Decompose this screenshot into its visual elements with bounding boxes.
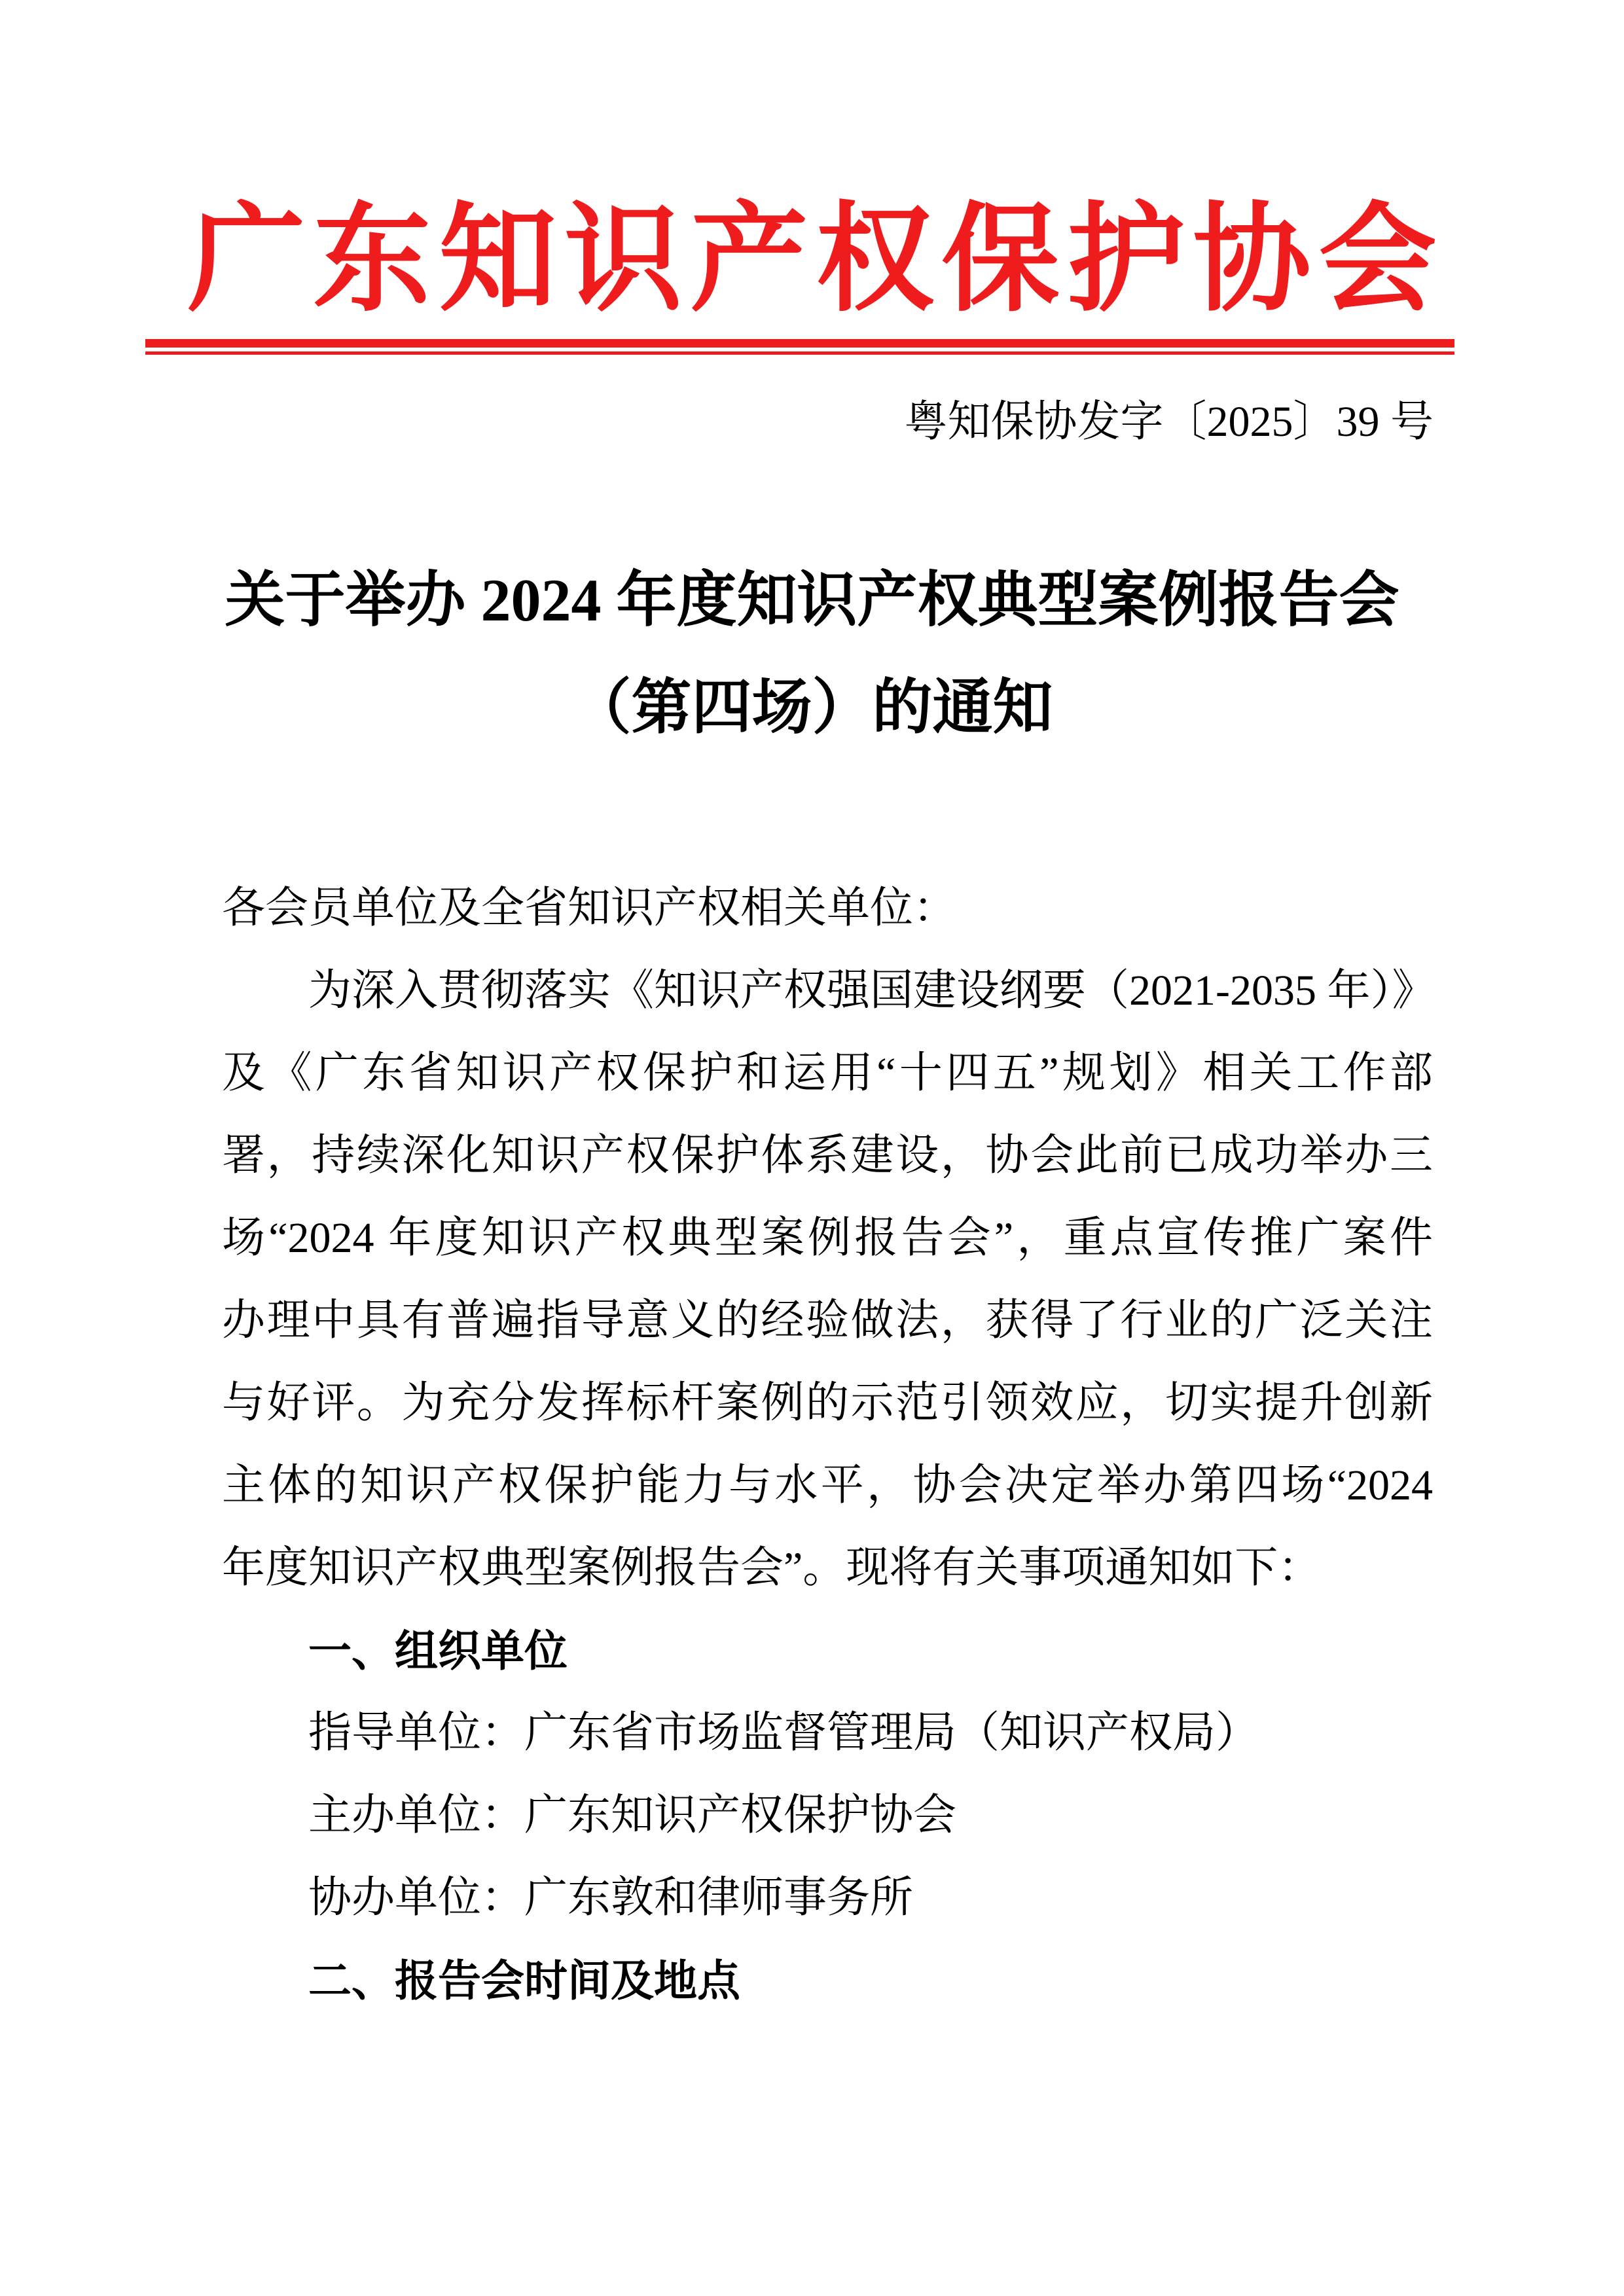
org-item-co-organizer-unit: 协办单位：广东敦和律师事务所	[222, 1857, 1433, 1939]
doc-reference-number: 粤知保协发字〔2025〕39 号	[905, 393, 1434, 452]
paragraph-line: 为深入贯彻落实《知识产权强国建设纲要（2021-2035 年）》	[222, 950, 1433, 1032]
document-page: 广东知识产权保护协会 粤知保协发字〔2025〕39 号 关于举办 2024 年度…	[0, 0, 1624, 2296]
paragraph-line: 主体的知识产权保护能力与水平，协会决定举办第四场“2024	[222, 1444, 1433, 1527]
section1-heading: 一、组织单位	[222, 1609, 1433, 1692]
notice-title-line1: 关于举办 2024 年度知识产权典型案例报告会	[0, 564, 1624, 636]
paragraph-line: 署，持续深化知识产权保护体系建设，协会此前已成功举办三	[222, 1115, 1433, 1197]
salutation-line: 各会员单位及全省知识产权相关单位：	[222, 867, 1433, 950]
org-item-guiding-unit: 指导单位：广东省市场监督管理局（知识产权局）	[222, 1692, 1433, 1774]
org-item-host-unit: 主办单位：广东知识产权保护协会	[222, 1774, 1433, 1857]
letterhead-rule-thin	[145, 351, 1454, 355]
paragraph-line: 办理中具有普遍指导意义的经验做法，获得了行业的广泛关注	[222, 1280, 1433, 1362]
letterhead-org-title: 广东知识产权保护协会	[0, 198, 1624, 323]
paragraph-line: 年度知识产权典型案例报告会”。现将有关事项通知如下：	[222, 1527, 1433, 1609]
notice-body: 各会员单位及全省知识产权相关单位： 为深入贯彻落实《知识产权强国建设纲要（202…	[222, 867, 1433, 2022]
paragraph-line: 及《广东省知识产权保护和运用“十四五”规划》相关工作部	[222, 1032, 1433, 1115]
paragraph-line: 场“2024 年度知识产权典型案例报告会”，重点宣传推广案件	[222, 1197, 1433, 1280]
notice-title-line2: （第四场）的通知	[0, 672, 1624, 744]
letterhead-rule-thick	[145, 339, 1454, 348]
paragraph-line: 与好评。为充分发挥标杆案例的示范引领效应，切实提升创新	[222, 1362, 1433, 1444]
section2-heading: 二、报告会时间及地点	[222, 1939, 1433, 2022]
